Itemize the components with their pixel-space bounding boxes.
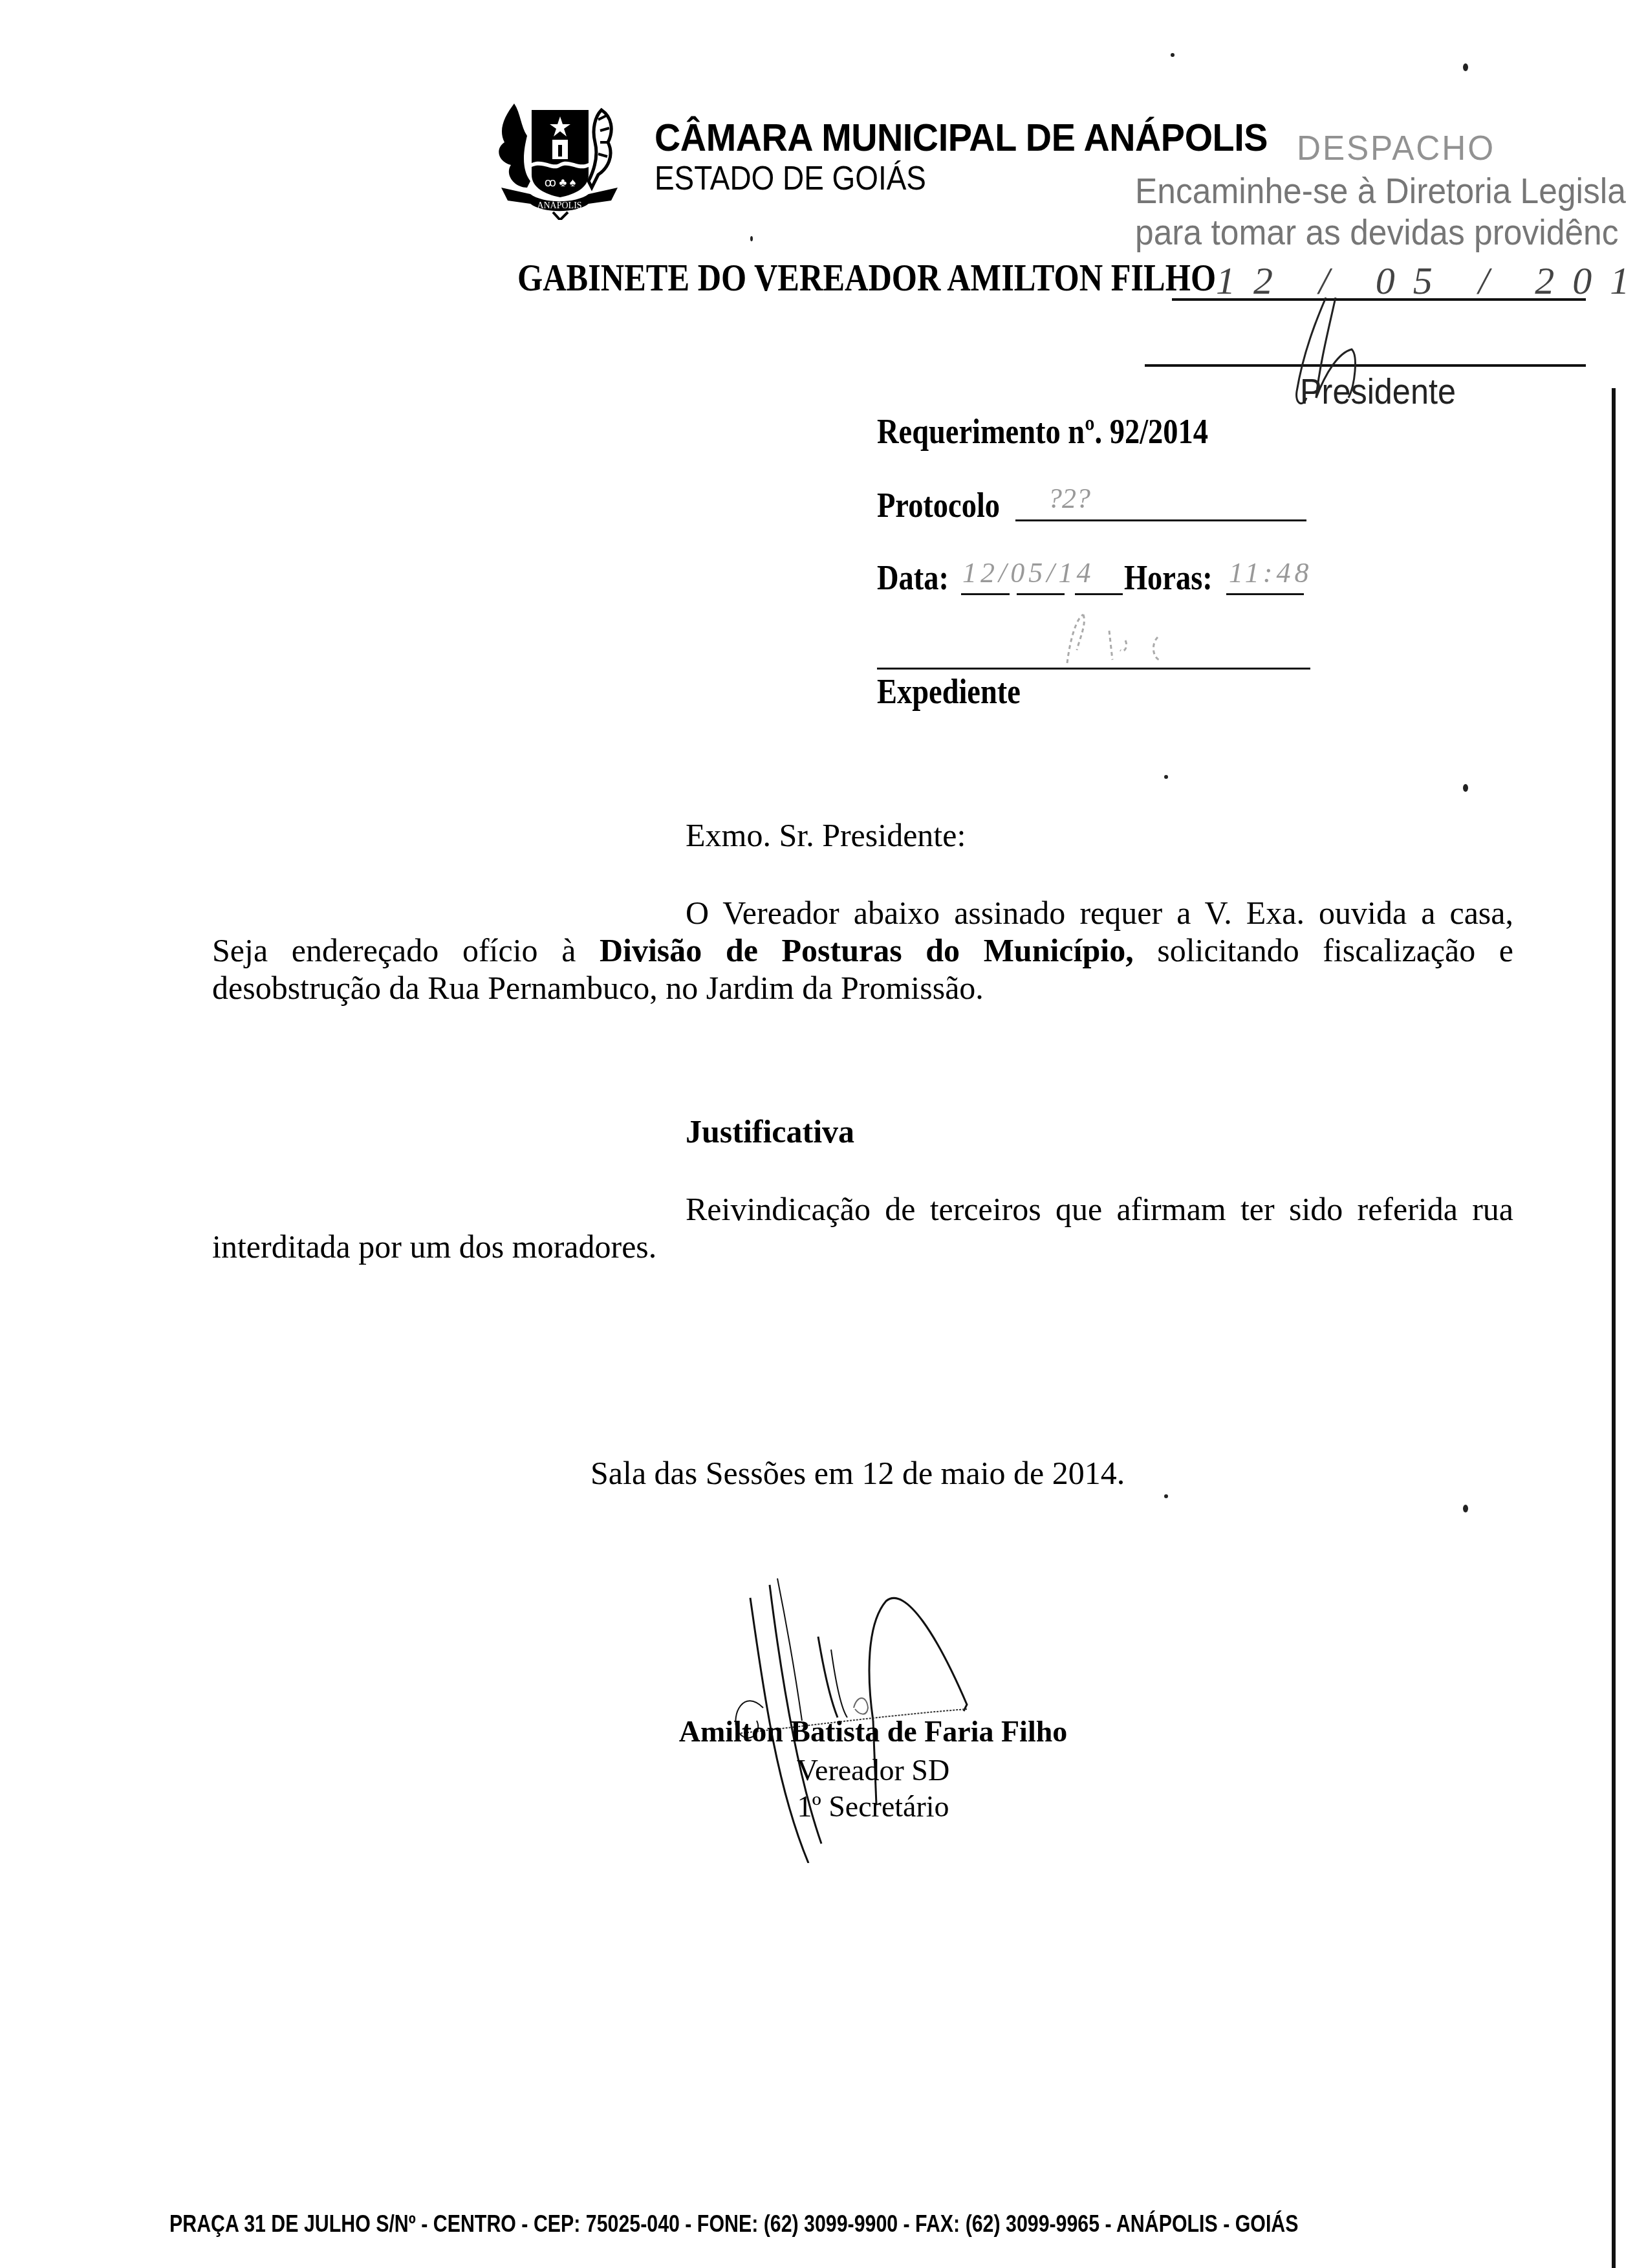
request-text-bold: Divisão de Posturas do Município, — [600, 932, 1134, 968]
stamp-handwritten-date: 12 / 05 / 2014 — [1216, 259, 1635, 303]
date-label: Data: — [877, 558, 949, 598]
justification-title: Justificativa — [686, 1113, 854, 1150]
signer-role: Vereador SD — [582, 1753, 1164, 1787]
scan-speck — [750, 236, 753, 241]
scan-speck — [1463, 63, 1468, 71]
stamp-instruction-line-2: para tomar as devidas providênc — [1135, 211, 1618, 253]
coat-of-arms-icon: ꝏ ♣ ♠ ANÁPOLIS — [492, 91, 627, 220]
svg-text:ꝏ ♣ ♠: ꝏ ♣ ♠ — [545, 176, 576, 189]
scan-speck — [1164, 775, 1168, 779]
protocol-handwritten-value: ?2? — [1048, 482, 1090, 515]
svg-text:ANÁPOLIS: ANÁPOLIS — [537, 200, 581, 211]
stamp-title: DESPACHO — [1297, 128, 1495, 168]
organization-state: ESTADO DE GOIÁS — [655, 159, 926, 197]
request-paragraph: O Vereador abaixo assinado requer a V. E… — [212, 894, 1513, 1007]
hours-label: Horas: — [1124, 558, 1213, 598]
organization-name: CÂMARA MUNICIPAL DE ANÁPOLIS — [655, 115, 1268, 160]
expediente-initials-icon — [1048, 611, 1177, 666]
footer-address: PRAÇA 31 DE JULHO S/Nº - CENTRO - CEP: 7… — [169, 2210, 1298, 2238]
closing-line: Sala das Sessões em 12 de maio de 2014. — [590, 1454, 1125, 1492]
signer-name: Amilton Batista de Faria Filho — [582, 1714, 1164, 1749]
protocol-field-line — [1015, 519, 1306, 521]
stamp-instruction-line-1: Encaminhe-se à Diretoria Legisla — [1135, 169, 1626, 212]
hours-handwritten-value: 11:48 — [1229, 556, 1312, 589]
scan-edge-line — [1612, 388, 1616, 2268]
signer-office: 1º Secretário — [582, 1789, 1164, 1824]
date-month-line — [1017, 593, 1065, 595]
scan-speck — [1164, 1494, 1168, 1498]
date-handwritten-value: 12/05/14 — [962, 556, 1094, 589]
office-title: GABINETE DO VEREADOR AMILTON FILHO — [517, 256, 1216, 300]
expediente-line — [877, 668, 1310, 670]
signature-block: Amilton Batista de Faria Filho Vereador … — [582, 1708, 1164, 1837]
stamp-signer-role: Presidente — [1300, 370, 1456, 412]
expediente-label: Expediente — [877, 671, 1021, 712]
scan-speck — [1463, 1505, 1468, 1512]
justification-paragraph: Reivindicação de terceiros que afirmam t… — [212, 1190, 1513, 1265]
salutation: Exmo. Sr. Presidente: — [686, 816, 966, 854]
hours-field-line — [1226, 593, 1304, 595]
date-day-line — [961, 593, 1010, 595]
scan-speck — [1463, 784, 1468, 792]
protocol-label: Protocolo — [877, 485, 1000, 525]
request-number: Requerimento nº. 92/2014 — [877, 411, 1208, 452]
scan-speck — [1171, 53, 1175, 57]
date-year-line — [1075, 593, 1123, 595]
